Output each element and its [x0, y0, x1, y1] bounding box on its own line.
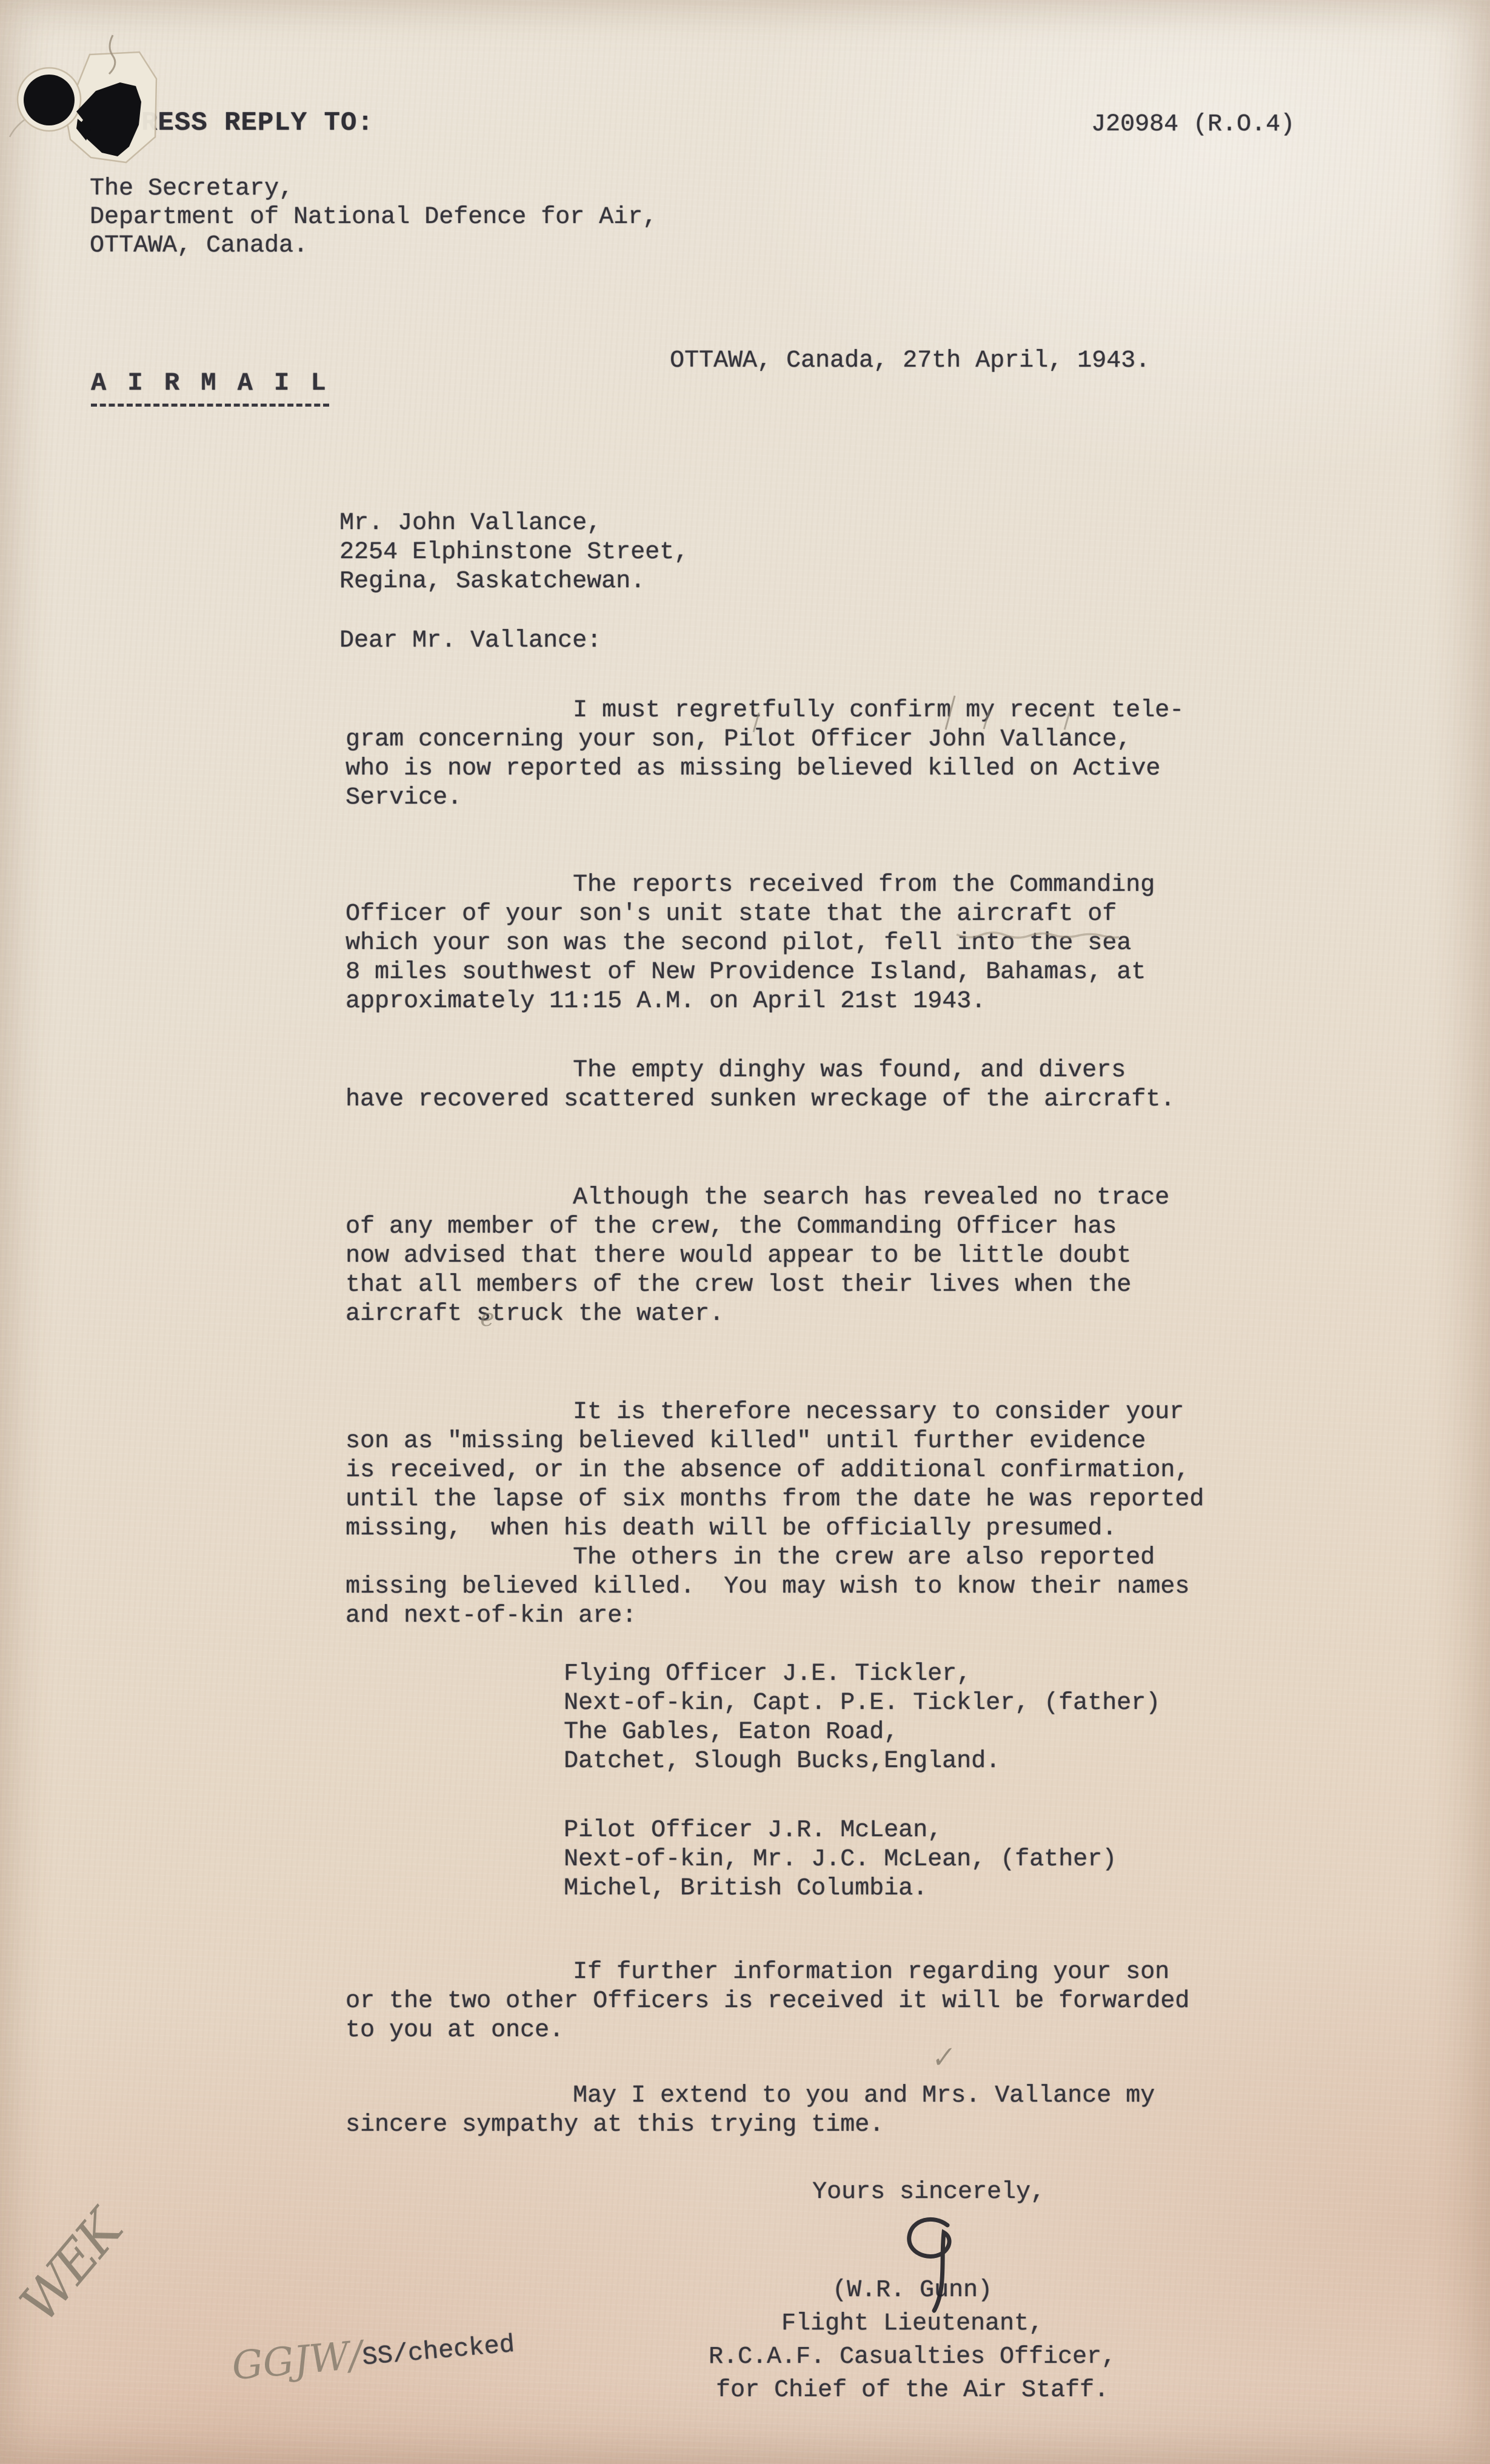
- pencil-stray-letter: e: [480, 1304, 495, 1332]
- pencil-initials-ggjw: GGJW/: [230, 2333, 364, 2389]
- salutation: Dear Mr. Vallance:: [339, 627, 601, 656]
- text-line: aircraft struck the water.: [346, 1300, 1169, 1329]
- paragraph-6: The others in the crew are also reported…: [346, 1543, 1189, 1631]
- crew-detail-tickler: Flying Officer J.E. Tickler,Next-of-kin,…: [564, 1660, 1160, 1776]
- paragraph-4: Although the search has revealed no trac…: [346, 1184, 1169, 1329]
- recipient-address-block: Mr. John Vallance,2254 Elphinstone Stree…: [339, 509, 689, 596]
- file-reference: J20984 (R.O.4): [1091, 110, 1295, 139]
- text-line: It is therefore necessary to consider yo…: [573, 1398, 1204, 1427]
- text-line: to you at once.: [346, 2016, 1189, 2045]
- text-line: The empty dinghy was found, and divers: [573, 1056, 1175, 1085]
- text-line: Officer of your son's unit state that th…: [346, 900, 1155, 929]
- punch-hole-ring: [18, 68, 81, 131]
- text-line: Flight Lieutenant,: [700, 2307, 1124, 2340]
- closing-salutation: Yours sincerely,: [812, 2178, 1045, 2207]
- paragraph-2: The reports received from the Commanding…: [346, 871, 1155, 1016]
- text-line: The reports received from the Commanding: [573, 871, 1155, 900]
- text-line: Next-of-kin, Capt. P.E. Tickler, (father…: [564, 1689, 1160, 1718]
- punch-hole: [24, 75, 75, 125]
- signature-block: (W.R. Gunn)Flight Lieutenant,R.C.A.F. Ca…: [700, 2274, 1124, 2407]
- text-line: Department of National Defence for Air,: [90, 203, 657, 231]
- crew-detail-mclean: Pilot Officer J.R. McLean,Next-of-kin, M…: [564, 1816, 1117, 1903]
- text-line: is received, or in the absence of additi…: [346, 1456, 1204, 1485]
- letter-page: RESS REPLY TO: J20984 (R.O.4) The Secret…: [0, 0, 1490, 2464]
- paragraph-8: May I extend to you and Mrs. Vallance my…: [346, 2082, 1155, 2140]
- text-line: Regina, Saskatchewan.: [339, 567, 689, 596]
- checked-stamp-text: SS/checked: [361, 2330, 516, 2372]
- text-line: son as "missing believed killed" until f…: [346, 1427, 1204, 1456]
- text-line: Michel, British Columbia.: [564, 1874, 1117, 1903]
- text-line: sincere sympathy at this trying time.: [346, 2111, 1155, 2140]
- reply-instruction-line: RESS REPLY TO:: [141, 108, 374, 138]
- text-line: gram concerning your son, Pilot Officer …: [346, 725, 1184, 754]
- paragraph-7: If further information regarding your so…: [346, 1958, 1189, 2045]
- text-line: of any member of the crew, the Commandin…: [346, 1213, 1169, 1242]
- text-line: Although the search has revealed no trac…: [573, 1184, 1169, 1213]
- paper-crack: [109, 35, 115, 74]
- text-line: Pilot Officer J.R. McLean,: [564, 1816, 1117, 1845]
- text-line: If further information regarding your so…: [573, 1958, 1189, 1987]
- text-line: for Chief of the Air Staff.: [700, 2374, 1124, 2407]
- torn-paper-edge: [65, 52, 156, 162]
- text-line: OTTAWA, Canada.: [90, 231, 657, 260]
- torn-flap: [76, 82, 141, 156]
- checked-annotation: GGJW/SS/checked: [230, 2320, 516, 2389]
- text-line: Service.: [346, 784, 1184, 813]
- text-line: The Secretary,: [90, 175, 657, 203]
- text-line: that all members of the crew lost their …: [346, 1271, 1169, 1300]
- text-line: who is now reported as missing believed …: [346, 754, 1184, 784]
- text-line: approximately 11:15 A.M. on April 21st 1…: [346, 987, 1155, 1016]
- text-line: (W.R. Gunn): [700, 2274, 1124, 2307]
- text-line: I must regretfully confirm my recent tel…: [573, 696, 1184, 725]
- air-mail-label: A I R M A I L: [91, 368, 329, 407]
- text-line: Datchet, Slough Bucks,England.: [564, 1747, 1160, 1776]
- text-line: or the two other Officers is received it…: [346, 1987, 1189, 2016]
- text-line: have recovered scattered sunken wreckage…: [346, 1085, 1175, 1114]
- text-line: 8 miles southwest of New Providence Isla…: [346, 958, 1155, 987]
- sender-address-block: The Secretary,Department of National Def…: [90, 175, 657, 260]
- pencil-checkmark: ✓: [927, 2040, 955, 2076]
- pencil-initials-wek: WEK: [8, 2201, 133, 2333]
- paragraph-3: The empty dinghy was found, and diversha…: [346, 1056, 1175, 1114]
- dateline: OTTAWA, Canada, 27th April, 1943.: [670, 347, 1150, 376]
- text-line: now advised that there would appear to b…: [346, 1242, 1169, 1271]
- torn-flap-tip: [76, 119, 91, 141]
- text-line: The Gables, Eaton Road,: [564, 1718, 1160, 1747]
- text-line: Flying Officer J.E. Tickler,: [564, 1660, 1160, 1689]
- text-line: missing believed killed. You may wish to…: [346, 1573, 1189, 1602]
- text-line: missing, when his death will be official…: [346, 1514, 1204, 1543]
- text-line: Mr. John Vallance,: [339, 509, 689, 538]
- text-line: 2254 Elphinstone Street,: [339, 538, 689, 567]
- text-line: and next-of-kin are:: [346, 1602, 1189, 1631]
- text-line: Next-of-kin, Mr. J.C. McLean, (father): [564, 1845, 1117, 1874]
- paragraph-1: I must regretfully confirm my recent tel…: [346, 696, 1184, 813]
- text-line: May I extend to you and Mrs. Vallance my: [573, 2082, 1155, 2111]
- paper-crease: [10, 120, 24, 137]
- paragraph-5: It is therefore necessary to consider yo…: [346, 1398, 1204, 1543]
- text-line: R.C.A.F. Casualties Officer,: [700, 2340, 1124, 2374]
- text-line: which your son was the second pilot, fel…: [346, 929, 1155, 958]
- text-line: until the lapse of six months from the d…: [346, 1485, 1204, 1514]
- text-line: The others in the crew are also reported: [573, 1543, 1189, 1573]
